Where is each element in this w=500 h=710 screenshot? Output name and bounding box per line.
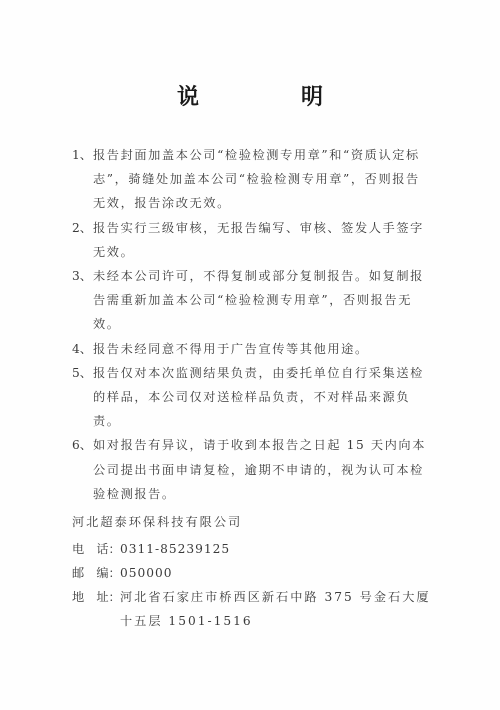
notice-item: 3、 未经本公司许可，不得复制或部分复制报告。如复制报告需重新加盖本公司“检验检… [72,264,427,337]
address-label: 地 址： [72,585,120,633]
notice-item: 2、 报告实行三级审核，无报告编写、审核、签发人手签字无效。 [72,216,427,264]
notice-item-text: 如对报告有异议，请于收到本报告之日起 15 天内向本公司提出书面申请复检，逾期不… [93,438,426,500]
phone-label: 电 话： [72,537,120,561]
address-value: 河北省石家庄市桥西区新石中路 375 号金石大厦十五层 1501-1516 [120,585,442,633]
notice-item-number: 4、 [72,337,92,361]
company-info: 河北超泰环保科技有限公司 电 话： 0311-85239125 邮 编： 050… [72,510,442,633]
company-name: 河北超泰环保科技有限公司 [72,510,442,534]
notice-item-text: 报告仅对本次监测结果负责，由委托单位自行采集送检的样品，本公司仅对送检样品负责，… [93,366,424,428]
notice-item-text: 报告未经同意不得用于广告宣传等其他用途。 [93,342,369,356]
notice-list: 1、 报告封面加盖本公司“检验检测专用章”和“资质认定标志”，骑缝处加盖本公司“… [72,143,427,506]
notice-item-text: 报告封面加盖本公司“检验检测专用章”和“资质认定标志”，骑缝处加盖本公司“检验检… [93,148,420,210]
postcode-value: 050000 [120,561,442,585]
phone-row: 电 话： 0311-85239125 [72,537,442,561]
page-title: 说 明 [0,80,500,111]
postcode-row: 邮 编： 050000 [72,561,442,585]
document-page: 说 明 1、 报告封面加盖本公司“检验检测专用章”和“资质认定标志”，骑缝处加盖… [0,0,500,710]
notice-item: 4、 报告未经同意不得用于广告宣传等其他用途。 [72,337,427,361]
phone-value: 0311-85239125 [120,537,442,561]
notice-item-number: 3、 [72,264,92,288]
notice-item: 1、 报告封面加盖本公司“检验检测专用章”和“资质认定标志”，骑缝处加盖本公司“… [72,143,427,216]
postcode-label: 邮 编： [72,561,120,585]
notice-item: 5、 报告仅对本次监测结果负责，由委托单位自行采集送检的样品，本公司仅对送检样品… [72,361,427,434]
notice-item-text: 未经本公司许可，不得复制或部分复制报告。如复制报告需重新加盖本公司“检验检测专用… [93,269,424,331]
notice-item-number: 6、 [72,433,92,457]
notice-item-text: 报告实行三级审核，无报告编写、审核、签发人手签字无效。 [93,221,424,259]
notice-item-number: 5、 [72,361,92,385]
address-row: 地 址： 河北省石家庄市桥西区新石中路 375 号金石大厦十五层 1501-15… [72,585,442,633]
notice-item-number: 1、 [72,143,92,167]
notice-item: 6、 如对报告有异议，请于收到本报告之日起 15 天内向本公司提出书面申请复检，… [72,433,427,506]
notice-item-number: 2、 [72,216,92,240]
